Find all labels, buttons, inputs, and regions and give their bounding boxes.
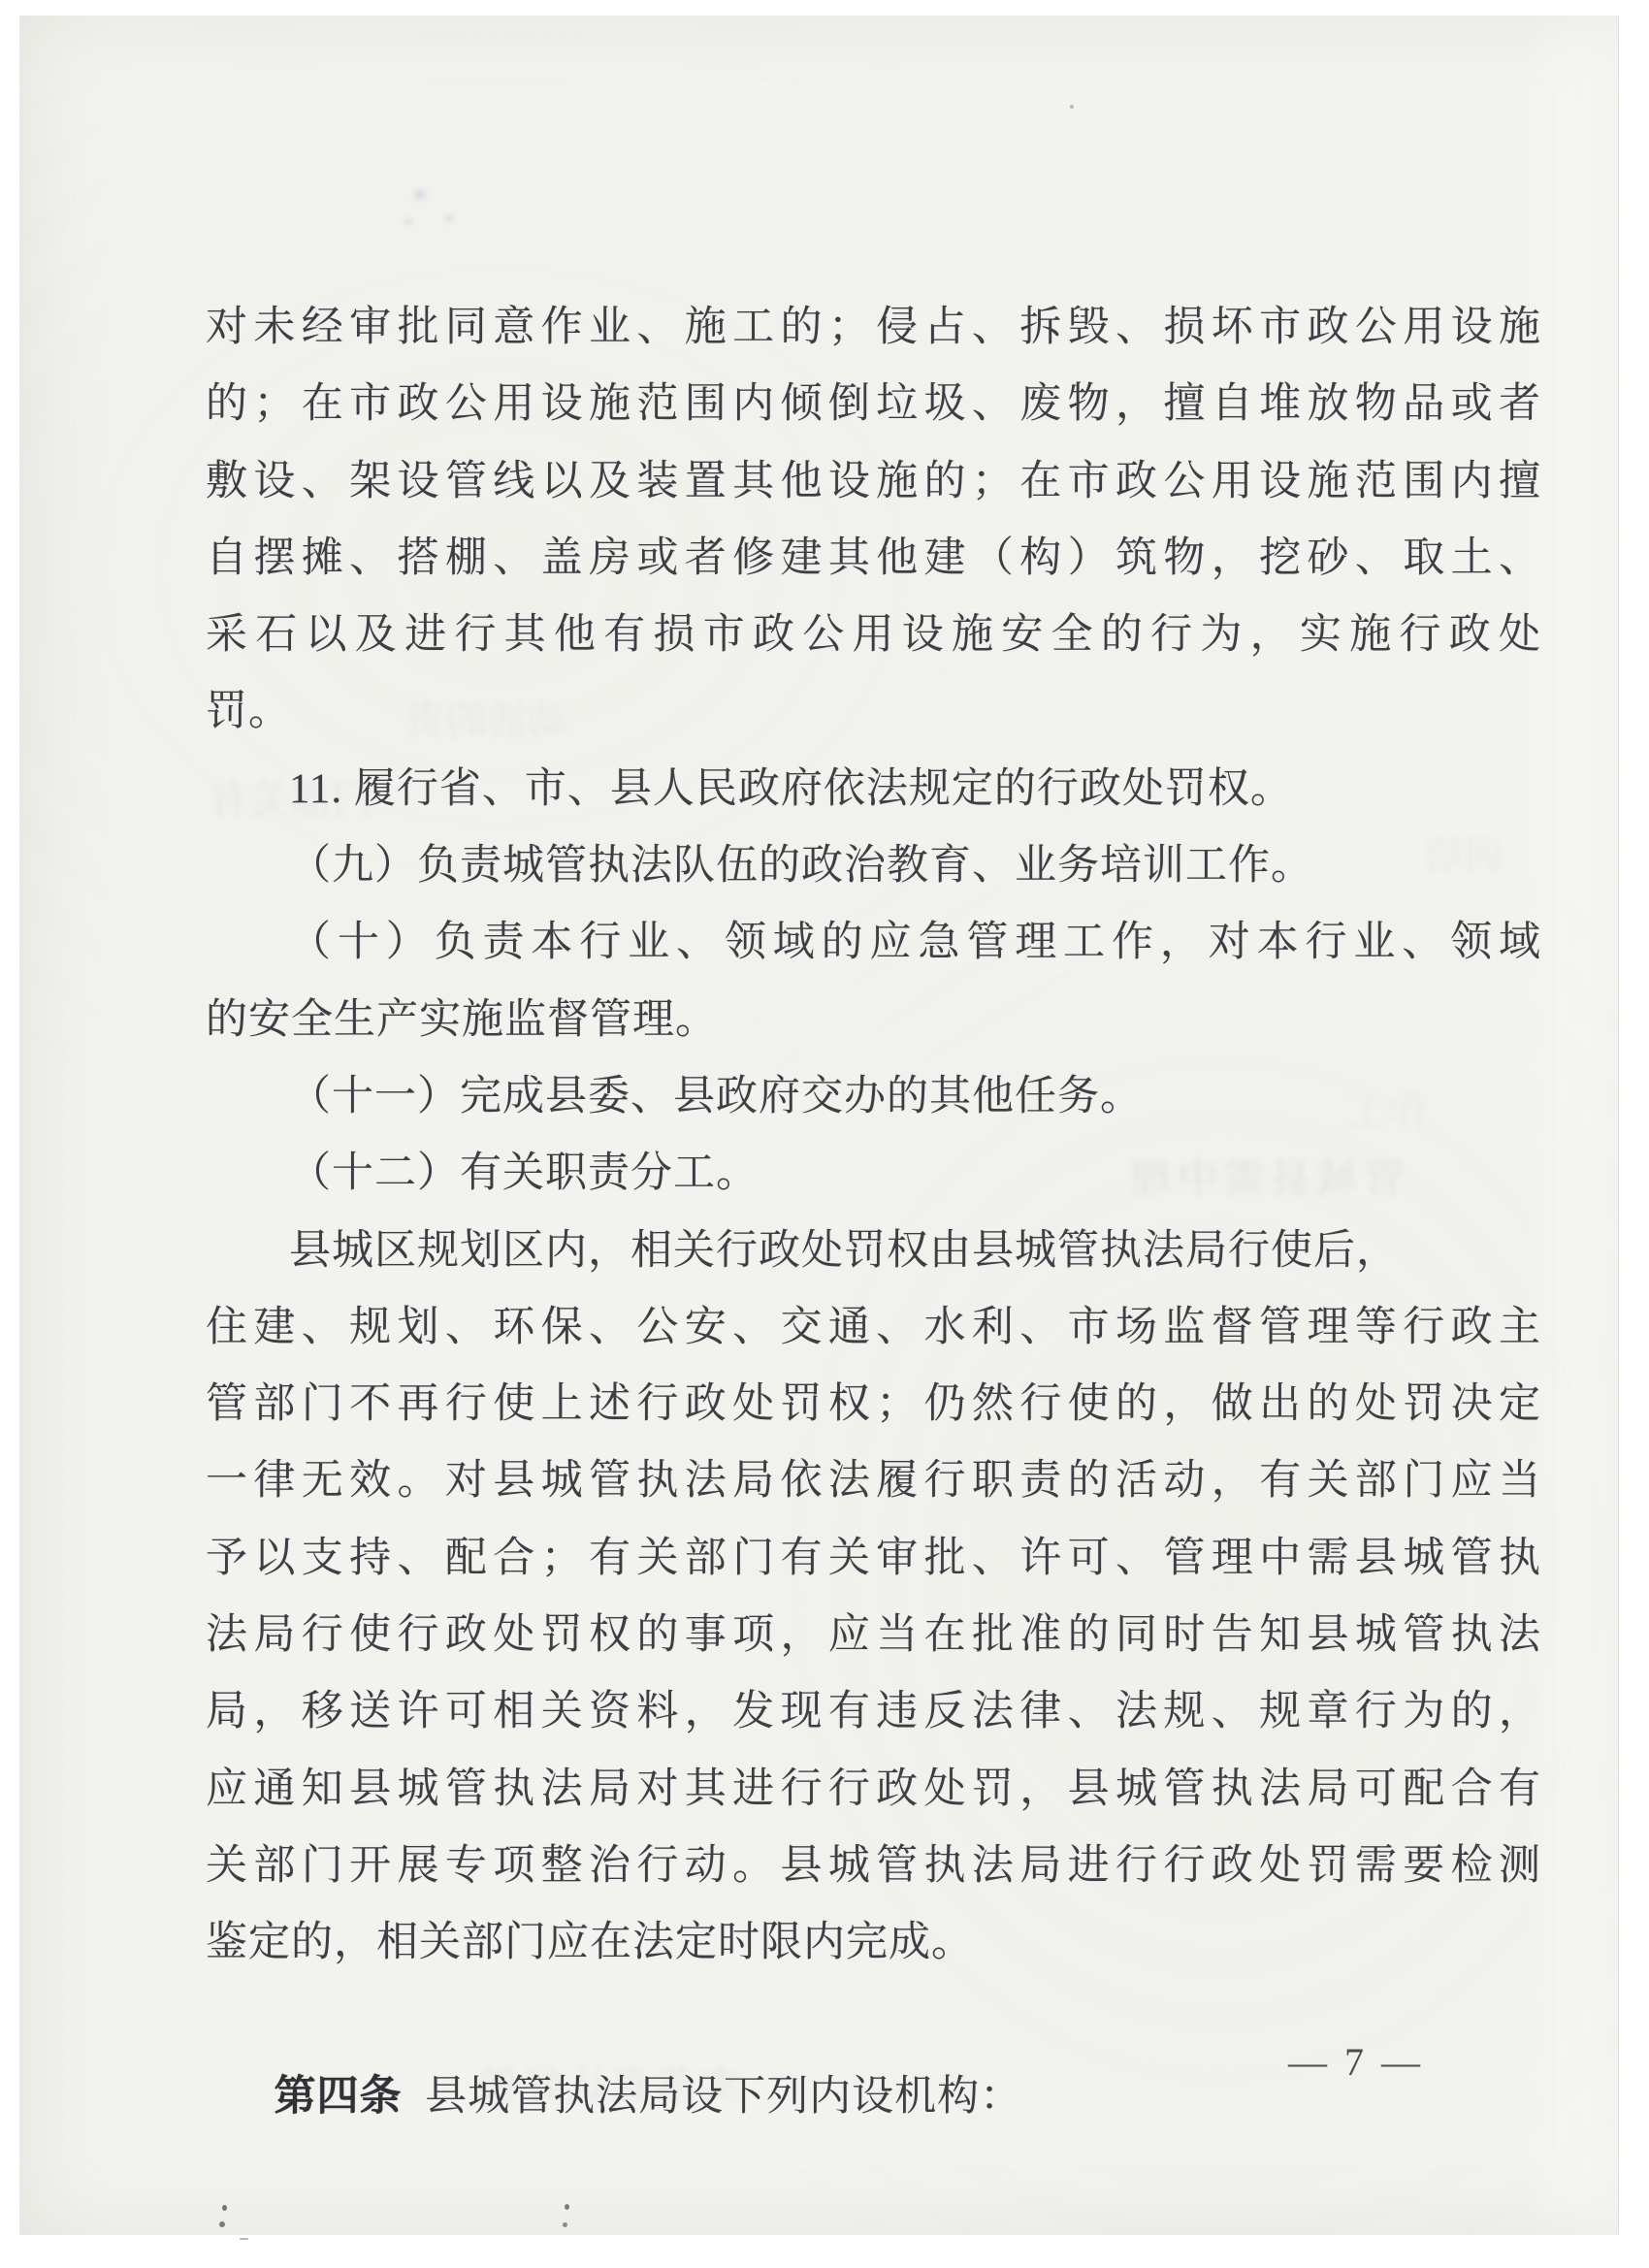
- text-line-numbered-item: 11. 履行省、市、县人民政府依法规定的行政处罚权。: [206, 751, 1540, 827]
- ink-speck: [1070, 105, 1074, 109]
- text-line: 采石以及进行其他有损市政公用设施安全的行为，实施行政处: [206, 597, 1540, 673]
- article-number-label: 第四条: [275, 2074, 403, 2120]
- text-line: 的；在市政公用设施范围内倾倒垃圾、废物，擅自堆放物品或者: [206, 366, 1540, 442]
- text-line: 管部门不再行使上述行政处罚权；仍然行使的，做出的处罚决定: [206, 1366, 1540, 1442]
- scanned-document-screenshot: { "doc": { "lines": [ "对未经审批同意作业、施工的；侵占、…: [0, 0, 1649, 2268]
- text-line-item-9: （九）负责城管执法队伍的政治教育、业务培训工作。: [206, 827, 1540, 904]
- text-line: 的安全生产实施监督管理。: [206, 982, 1540, 1058]
- text-line-item-10: （十）负责本行业、领域的应急管理工作，对本行业、领域: [206, 904, 1540, 981]
- ink-speck: [565, 2204, 569, 2210]
- text-line: 对未经审批同意作业、施工的；侵占、拆毁、损坏市政公用设施: [206, 289, 1540, 366]
- text-line: 关部门开展专项整治行动。县城管执法局进行行政处罚需要检测: [206, 1828, 1540, 1904]
- text-line: 住建、规划、环保、公安、交通、水利、市场监督管理等行政主: [206, 1289, 1540, 1366]
- ink-speck: [240, 2238, 248, 2240]
- text-line: 敷设、架设管线以及装置其他设施的；在市政公用设施范围内擅: [206, 443, 1540, 520]
- text-line: 罚。: [206, 673, 1540, 750]
- page-number: — 7 —: [1288, 2039, 1424, 2085]
- text-line: 局，移送许可相关资料，发现有违反法律、法规、规章行为的，: [206, 1673, 1540, 1750]
- ink-speck: [563, 2222, 567, 2227]
- article-text: 县城管执法局设下列内设机构：: [425, 2074, 1022, 2120]
- scanned-page: 门部关有 动活的责 管城县需中理 实落真认好做 作工 训培 对未经审批同意作业、…: [19, 16, 1619, 2235]
- text-line-item-11: （十一）完成县委、县政府交办的其他任务。: [206, 1058, 1540, 1135]
- text-line: 予以支持、配合；有关部门有关审批、许可、管理中需县城管执: [206, 1520, 1540, 1597]
- text-line: 县城区规划区内，相关行政处罚权由县城管执法局行使后，: [206, 1213, 1540, 1289]
- text-line: 自摆摊、搭棚、盖房或者修建其他建（构）筑物，挖砂、取土、: [206, 520, 1540, 597]
- document-body-text: 对未经审批同意作业、施工的；侵占、拆毁、损坏市政公用设施 的；在市政公用设施范围…: [206, 289, 1540, 2212]
- text-line: 法局行使行政处罚权的事项，应当在批准的同时告知县城管执法: [206, 1597, 1540, 1673]
- text-line: 一律无效。对县城管执法局依法履行职责的活动，有关部门应当: [206, 1442, 1540, 1519]
- text-line-article-4: 第四条县城管执法局设下列内设机构：: [206, 1982, 1540, 2213]
- text-line: 鉴定的，相关部门应在法定时限内完成。: [206, 1904, 1540, 1981]
- text-line: 应通知县城管执法局对其进行行政处罚，县城管执法局可配合有: [206, 1751, 1540, 1828]
- ink-speck: [219, 2221, 225, 2227]
- ink-smudge-artifact: [394, 177, 468, 237]
- ink-speck: [222, 2205, 227, 2211]
- text-line-item-12: （十二）有关职责分工。: [206, 1135, 1540, 1212]
